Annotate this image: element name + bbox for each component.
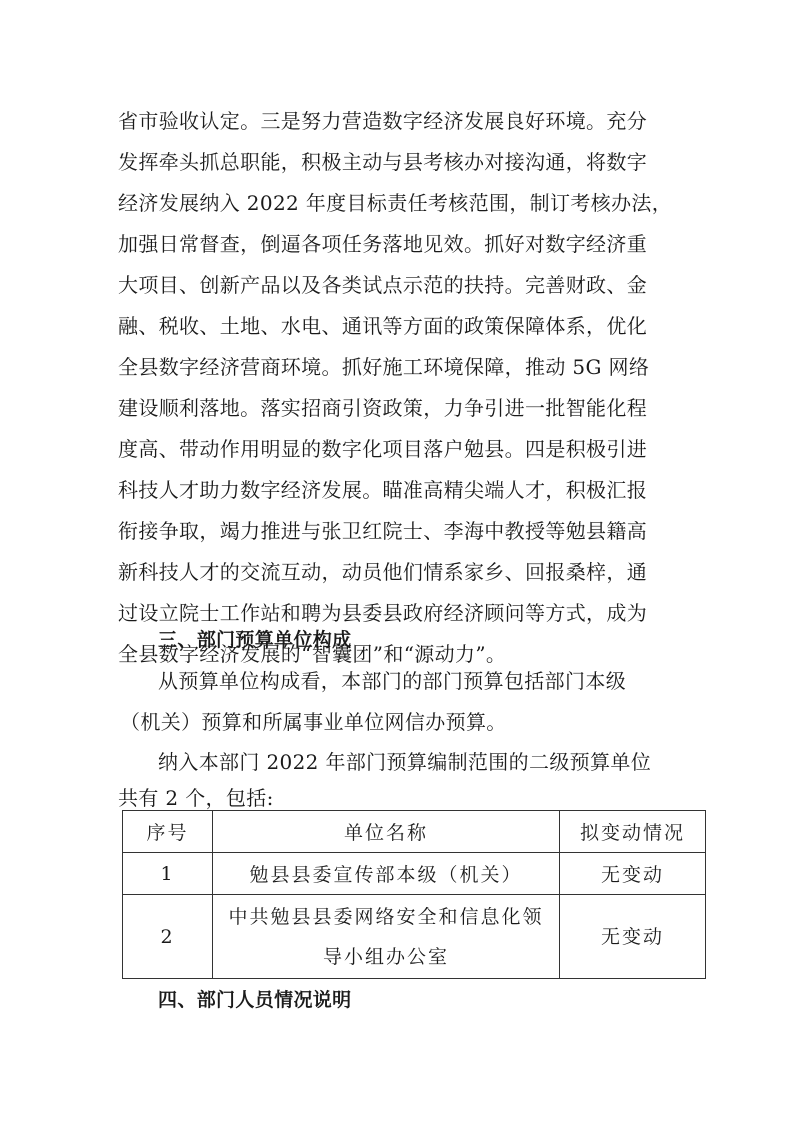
text-line: 衔接争取，竭力推进与张卫红院士、李海中教授等勉县籍高 <box>118 517 647 545</box>
text-line: 从预算单位构成看，本部门的部门预算包括部门本级 <box>158 667 626 695</box>
text-line: 度高、带动作用明显的数字化项目落户勉县。四是积极引进 <box>118 435 647 463</box>
text-line: 加强日常督查，倒逼各项任务落地见效。抓好对数字经济重 <box>118 230 647 258</box>
text-line: 省市验收认定。三是努力营造数字经济发展良好环境。充分 <box>118 107 647 135</box>
cell-name-line: 导小组办公室 <box>213 937 559 977</box>
header-no: 序号 <box>123 811 213 853</box>
table-row: 2 中共勉县县委网络安全和信息化领 导小组办公室 无变动 <box>123 895 706 979</box>
cell-change: 无变动 <box>560 895 706 979</box>
text-line: （机关）预算和所属事业单位网信办预算。 <box>120 708 507 736</box>
text-line: 全县数字经济营商环境。抓好施工环境保障，推动 5G 网络 <box>118 353 649 381</box>
header-change: 拟变动情况 <box>560 811 706 853</box>
text-line: 发挥牵头抓总职能，积极主动与县考核办对接沟通，将数字 <box>118 148 647 176</box>
text-line: 纳入本部门 2022 年部门预算编制范围的二级预算单位 <box>158 748 651 776</box>
text-line: 建设顺利落地。落实招商引资政策，力争引进一批智能化程 <box>118 394 647 422</box>
text-line: 新科技人才的交流互动，动员他们情系家乡、回报桑梓，通 <box>118 558 647 586</box>
text-line: 融、税收、土地、水电、通讯等方面的政策保障体系，优化 <box>118 312 647 340</box>
budget-units-table: 序号 单位名称 拟变动情况 1 勉县县委宣传部本级（机关） 无变动 2 中共勉县… <box>122 810 706 979</box>
cell-change: 无变动 <box>560 853 706 895</box>
text-line: 共有 2 个，包括: <box>118 784 274 812</box>
section-heading-4: 四、部门人员情况说明 <box>158 986 352 1014</box>
cell-name: 中共勉县县委网络安全和信息化领 导小组办公室 <box>213 895 560 979</box>
cell-no: 1 <box>123 853 213 895</box>
table-row: 1 勉县县委宣传部本级（机关） 无变动 <box>123 853 706 895</box>
cell-no: 2 <box>123 895 213 979</box>
header-name: 单位名称 <box>213 811 560 853</box>
cell-name: 勉县县委宣传部本级（机关） <box>213 853 560 895</box>
text-line: 经济发展纳入 2022 年度目标责任考核范围，制订考核办法， <box>118 189 672 217</box>
cell-name-line: 中共勉县县委网络安全和信息化领 <box>213 897 559 937</box>
text-line: 过设立院士工作站和聘为县委县政府经济顾问等方式，成为 <box>118 599 647 627</box>
table-header-row: 序号 单位名称 拟变动情况 <box>123 811 706 853</box>
text-line: 大项目、创新产品以及各类试点示范的扶持。完善财政、金 <box>118 271 647 299</box>
text-line: 科技人才助力数字经济发展。瞄准高精尖端人才，积极汇报 <box>118 476 647 504</box>
section-heading-3: 三、部门预算单位构成 <box>158 626 352 654</box>
